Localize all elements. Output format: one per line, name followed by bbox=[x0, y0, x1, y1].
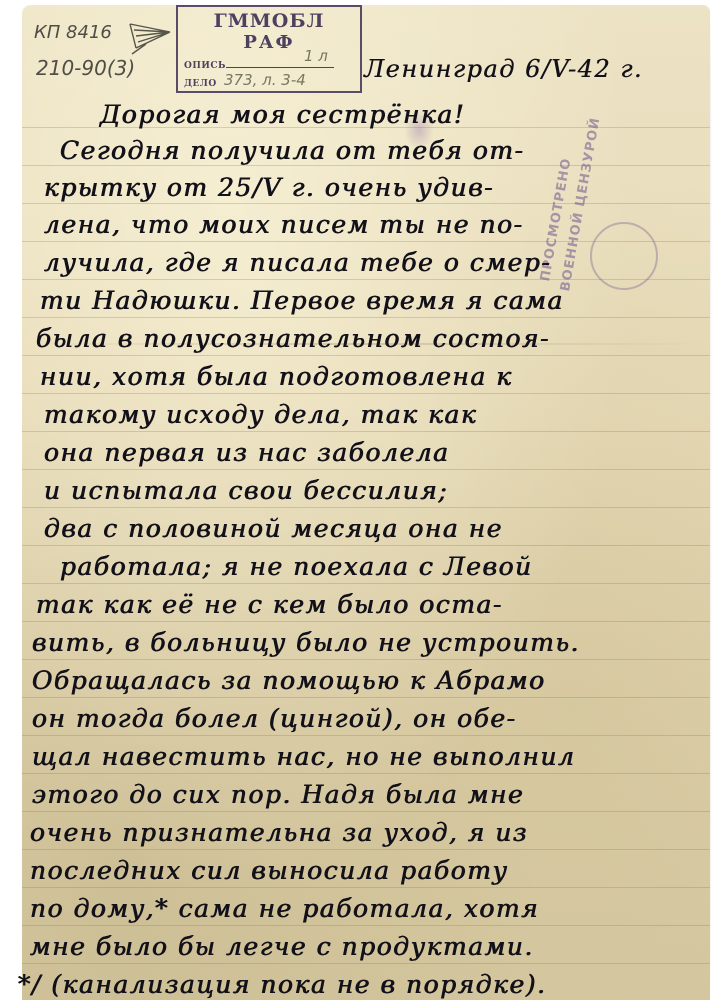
ruled-line bbox=[22, 241, 710, 242]
ruled-line bbox=[22, 697, 710, 698]
stamp-opis-line bbox=[226, 67, 334, 68]
ruled-line bbox=[22, 279, 710, 280]
letter-line: нии, хотя была подготовлена к bbox=[40, 362, 513, 391]
archive-code-inventory: 210-90(3) bbox=[36, 56, 135, 80]
ruled-line bbox=[22, 849, 710, 850]
ruled-line bbox=[22, 355, 710, 356]
ruled-line bbox=[22, 659, 710, 660]
letter-line: вить, в больницу было не устроить. bbox=[32, 628, 580, 657]
letter-line: такому исходу дела, так как bbox=[44, 400, 477, 429]
ruled-line bbox=[22, 317, 710, 318]
ruled-line bbox=[22, 621, 710, 622]
letter-line: так как её не с кем было оста- bbox=[36, 590, 503, 619]
letter-line: этого до сих пор. Надя была мне bbox=[32, 780, 524, 809]
letter-line: крытку от 25/V г. очень удив- bbox=[44, 173, 494, 202]
stamp-delo-label: ДЕЛО bbox=[184, 79, 217, 89]
letter-line: мне было бы легче с продуктами. bbox=[30, 932, 534, 961]
archive-code-kp: КП 8416 bbox=[34, 22, 112, 43]
ruled-line bbox=[22, 431, 710, 432]
letter-line: Сегодня получила от тебя от- bbox=[60, 136, 525, 165]
letter-line: очень признательна за уход, я из bbox=[30, 818, 528, 847]
ruled-line bbox=[22, 811, 710, 812]
stamp-delo-value: 373, л. 3-4 bbox=[224, 71, 306, 89]
ruled-line bbox=[22, 507, 710, 508]
ruled-line bbox=[22, 583, 710, 584]
letter-line: работала; я не поехала с Левой bbox=[60, 552, 533, 581]
letter-line: лучила, где я писала тебе о смер- bbox=[44, 248, 551, 277]
ruled-line bbox=[22, 203, 710, 204]
letter-line: щал навестить нас, но не выполнил bbox=[32, 742, 576, 771]
stamp-title: ГММОБЛ bbox=[178, 11, 360, 31]
stamp-subtitle: РАФ bbox=[178, 32, 360, 53]
ruled-line bbox=[22, 545, 710, 546]
letter-footnote: */ (канализация пока не в порядке). bbox=[18, 970, 547, 999]
ruled-line bbox=[22, 963, 710, 964]
letter-line: Обращалась за помощью к Абрамо bbox=[32, 666, 546, 695]
ruled-line bbox=[22, 773, 710, 774]
letter-line: два с половиной месяца она не bbox=[44, 514, 503, 543]
archive-stamp: ГММОБЛ РАФ ОПИСЬ 1 л ДЕЛО 373, л. 3-4 bbox=[176, 5, 362, 93]
letter-line: была в полусознательном состоя- bbox=[36, 324, 550, 353]
stamp-opis-label: ОПИСЬ bbox=[184, 61, 226, 71]
ruled-line bbox=[22, 393, 710, 394]
letter-line: последних сил выносила работу bbox=[30, 856, 509, 885]
letter-line: она первая из нас заболела bbox=[44, 438, 450, 467]
letter-line: лена, что моих писем ты не по- bbox=[44, 210, 524, 239]
letter-line: он тогда болел (цингой), он обе- bbox=[32, 704, 517, 733]
stamp-opis-value: 1 л bbox=[304, 47, 328, 65]
stamp-delo-row: ДЕЛО bbox=[184, 79, 217, 89]
ruled-line bbox=[22, 735, 710, 736]
letter-place-date: Ленинград 6/V-42 г. bbox=[364, 55, 643, 83]
pencil-fan-mark-icon bbox=[126, 18, 174, 58]
letter-greeting: Дорогая моя сестрёнка! bbox=[100, 100, 465, 129]
ruled-line bbox=[22, 925, 710, 926]
letter-line: и испытала свои бессилия; bbox=[44, 476, 448, 505]
ruled-line bbox=[22, 887, 710, 888]
letter-line: по дому,* сама не работала, хотя bbox=[30, 894, 539, 923]
ruled-line bbox=[22, 165, 710, 166]
ruled-line bbox=[22, 469, 710, 470]
letter-line: ти Надюшки. Первое время я сама bbox=[40, 286, 564, 315]
